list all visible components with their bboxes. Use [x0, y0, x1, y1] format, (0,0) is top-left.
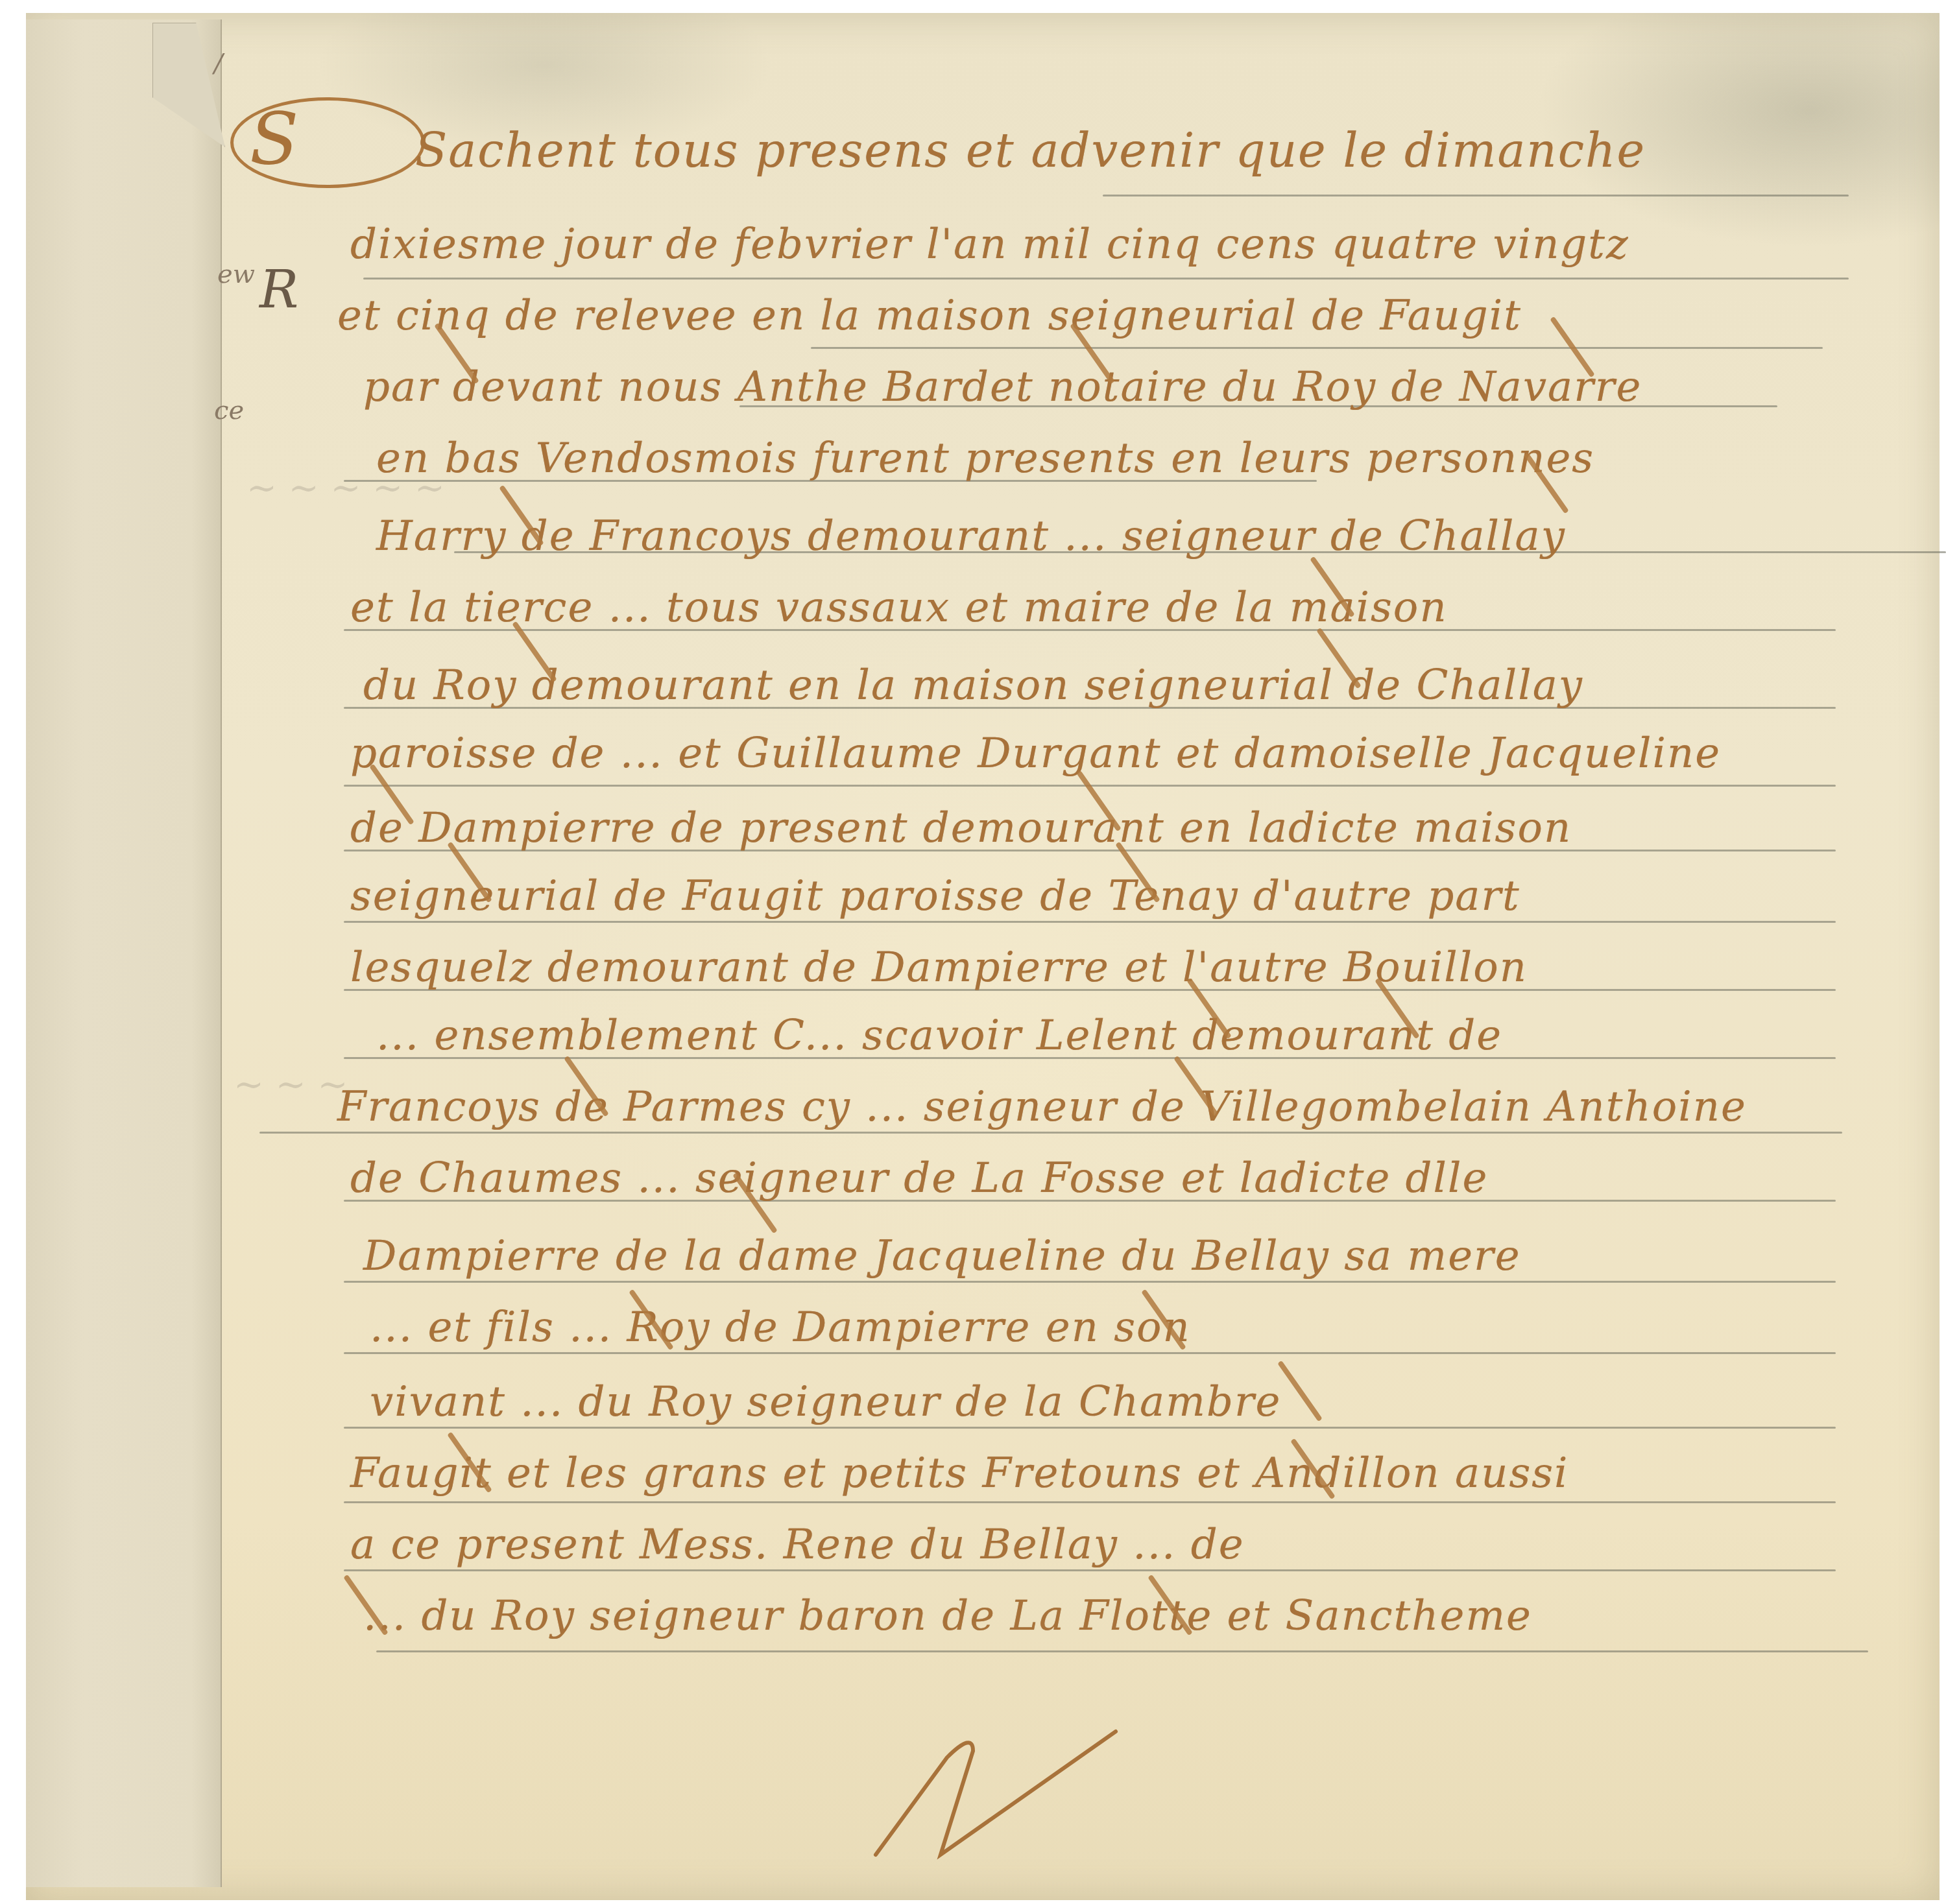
ruling-line	[344, 1569, 1836, 1571]
text-line-10: de Dampierre de present demourant en lad…	[350, 804, 1572, 852]
text-line-1: Sachent tous presens et advenir que le d…	[415, 123, 1646, 178]
text-line-4: par devant nous Anthe Bardet notaire du …	[363, 363, 1642, 411]
text-line-18: vivant ... du Roy seigneur de la Chambre	[370, 1378, 1281, 1426]
text-line-6: Harry de Francoys demourant ... seigneur…	[376, 512, 1566, 560]
text-line-13: ... ensemblement C... scavoir Lelent dem…	[376, 1012, 1502, 1060]
text-line-3: et cinq de relevee en la maison seigneur…	[337, 292, 1522, 340]
text-line-12: lesquelz demourant de Dampierre et l'aut…	[350, 944, 1528, 992]
ruling-line	[344, 1281, 1836, 1283]
ruling-line	[344, 1427, 1836, 1429]
closing-flourish-icon	[869, 1693, 1142, 1861]
margin-mark: /	[214, 49, 222, 78]
ruling-line	[1103, 195, 1849, 196]
text-line-5: en bas Vendosmois furent presents en leu…	[376, 434, 1594, 482]
margin-note: ce	[214, 396, 244, 425]
text-line-20: a ce present Mess. Rene du Bellay ... de	[350, 1521, 1245, 1569]
text-line-21: ... du Roy seigneur baron de La Flotte e…	[363, 1592, 1532, 1640]
bleed-through-text: ~ ~ ~	[234, 1064, 348, 1106]
ruling-line	[344, 1352, 1836, 1354]
text-line-17: ... et fils ... Roy de Dampierre en son	[370, 1303, 1191, 1351]
ruling-line	[259, 1132, 1842, 1134]
text-line-19: Faugit et les grans et petits Fretouns e…	[350, 1449, 1569, 1497]
margin-note: ew	[217, 259, 255, 289]
ruling-line	[344, 921, 1836, 923]
notary-paraph-mark: R	[259, 259, 298, 320]
text-line-16: Dampierre de la dame Jacqueline du Bella…	[363, 1232, 1521, 1280]
folded-margin-strip	[26, 19, 222, 1887]
ruling-line	[376, 1650, 1868, 1652]
text-line-15: de Chaumes ... seigneur de La Fosse et l…	[350, 1154, 1488, 1202]
ruling-line	[344, 1501, 1836, 1503]
ruling-line	[811, 347, 1823, 349]
text-line-2: dixiesme jour de febvrier l'an mil cinq …	[350, 220, 1629, 268]
text-line-11: seigneurial de Faugit paroisse de Tenay …	[350, 872, 1520, 920]
ruling-line	[363, 278, 1849, 280]
text-line-14: Francoys de Parmes cy ... seigneur de Vi…	[337, 1083, 1747, 1131]
decorated-initial: S	[250, 97, 298, 180]
text-line-9: paroisse de ... et Guillaume Durgant et …	[350, 730, 1721, 778]
